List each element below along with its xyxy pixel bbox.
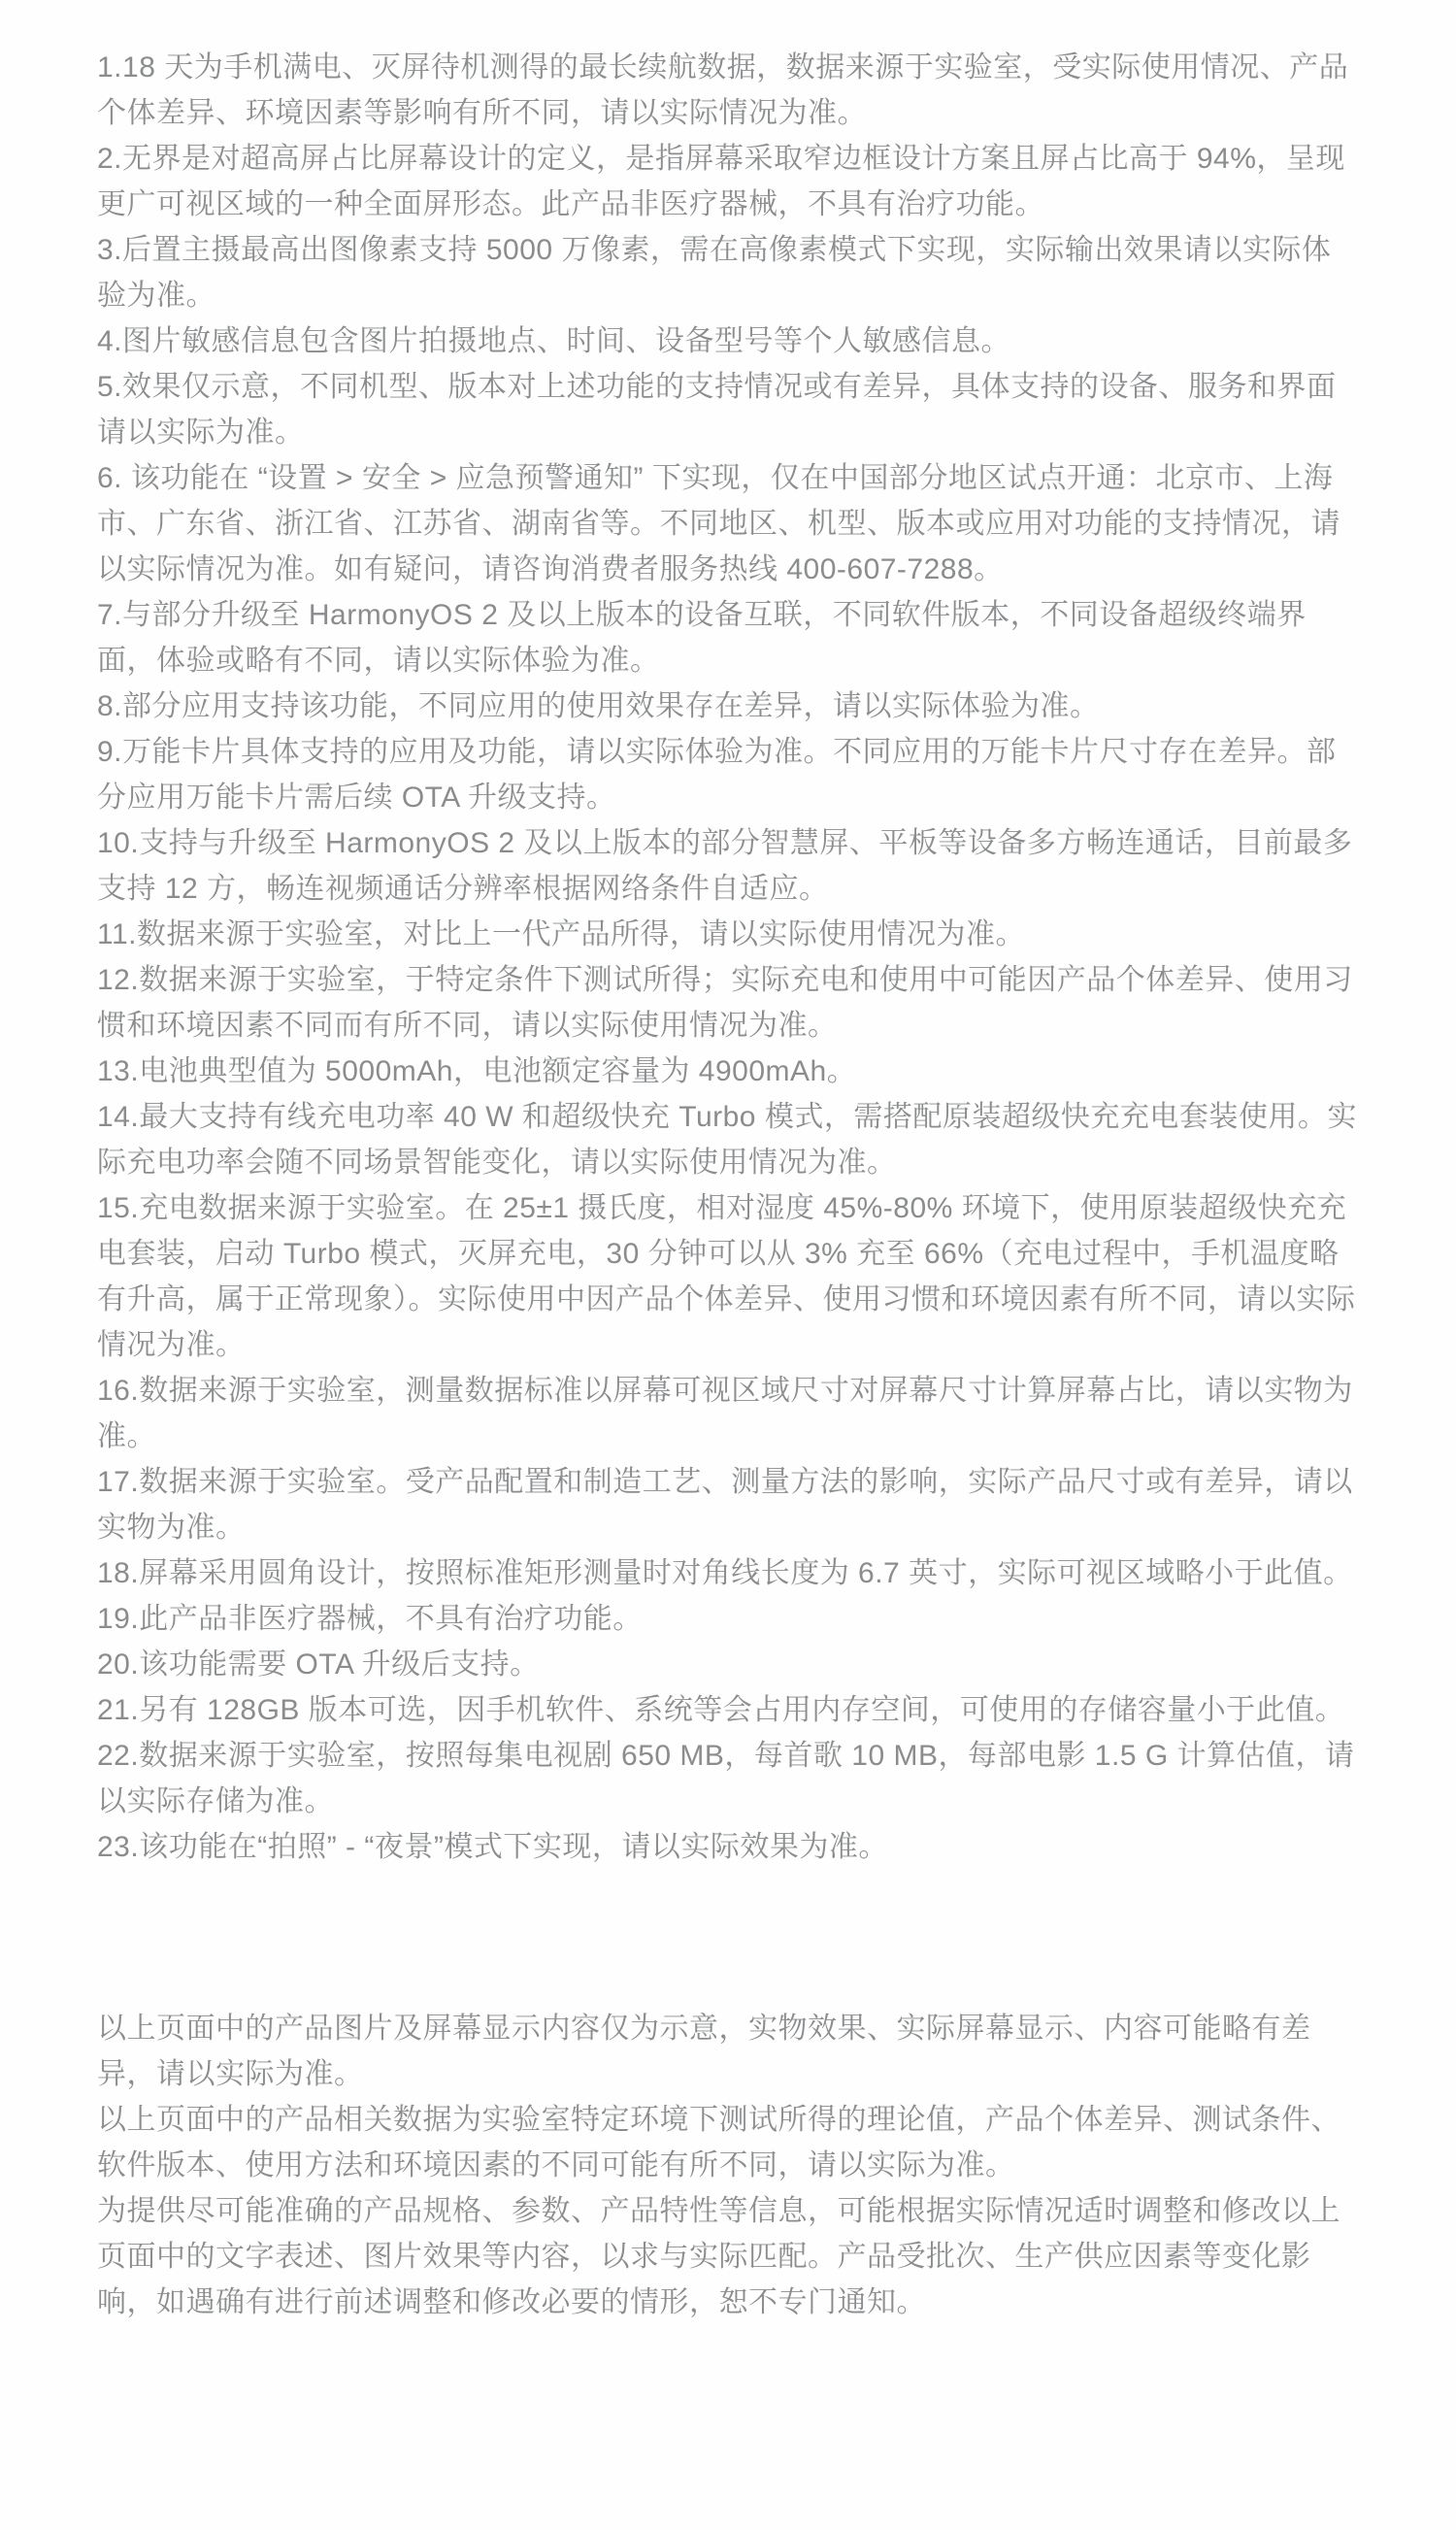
footnote-item: 21.另有 128GB 版本可选，因手机软件、系统等会占用内存空间，可使用的存储… [97, 1687, 1359, 1733]
footnote-item: 23.该功能在“拍照” - “夜景”模式下实现，请以实际效果为准。 [97, 1824, 1359, 1870]
footnote-item: 11.数据来源于实验室，对比上一代产品所得，请以实际使用情况为准。 [97, 912, 1359, 957]
disclaimer-paragraph: 以上页面中的产品图片及屏幕显示内容仅为示意，实物效果、实际屏幕显示、内容可能略有… [97, 2006, 1359, 2097]
footnote-item: 14.最大支持有线充电功率 40 W 和超级快充 Turbo 模式，需搭配原装超… [97, 1094, 1359, 1185]
footnote-item: 1.18 天为手机满电、灭屏待机测得的最长续航数据，数据来源于实验室，受实际使用… [97, 45, 1359, 136]
footnote-item: 3.后置主摄最高出图像素支持 5000 万像素，需在高像素模式下实现，实际输出效… [97, 227, 1359, 318]
footnote-item: 19.此产品非医疗器械，不具有治疗功能。 [97, 1596, 1359, 1642]
disclaimer-paragraph: 为提供尽可能准确的产品规格、参数、产品特性等信息，可能根据实际情况适时调整和修改… [97, 2188, 1359, 2325]
footnote-item: 10.支持与升级至 HarmonyOS 2 及以上版本的部分智慧屏、平板等设备多… [97, 820, 1359, 912]
footnote-item: 8.部分应用支持该功能，不同应用的使用效果存在差异，请以实际体验为准。 [97, 683, 1359, 729]
product-disclaimer-page: 1.18 天为手机满电、灭屏待机测得的最长续航数据，数据来源于实验室，受实际使用… [0, 0, 1456, 2530]
footnote-item: 6. 该功能在 “设置 > 安全 > 应急预警通知” 下实现，仅在中国部分地区试… [97, 455, 1359, 592]
general-disclaimers-section: 以上页面中的产品图片及屏幕显示内容仅为示意，实物效果、实际屏幕显示、内容可能略有… [97, 2006, 1359, 2325]
footnote-item: 13.电池典型值为 5000mAh，电池额定容量为 4900mAh。 [97, 1049, 1359, 1094]
footnote-item: 5.效果仅示意，不同机型、版本对上述功能的支持情况或有差异，具体支持的设备、服务… [97, 364, 1359, 455]
disclaimer-paragraph: 以上页面中的产品相关数据为实验室特定环境下测试所得的理论值，产品个体差异、测试条… [97, 2097, 1359, 2188]
footnote-item: 9.万能卡片具体支持的应用及功能，请以实际体验为准。不同应用的万能卡片尺寸存在差… [97, 729, 1359, 820]
footnote-item: 15.充电数据来源于实验室。在 25±1 摄氏度，相对湿度 45%-80% 环境… [97, 1185, 1359, 1368]
footnote-item: 22.数据来源于实验室，按照每集电视剧 650 MB，每首歌 10 MB，每部电… [97, 1733, 1359, 1824]
footnote-item: 12.数据来源于实验室，于特定条件下测试所得；实际充电和使用中可能因产品个体差异… [97, 957, 1359, 1049]
footnote-item: 2.无界是对超高屏占比屏幕设计的定义，是指屏幕采取窄边框设计方案且屏占比高于 9… [97, 136, 1359, 227]
footnote-item: 18.屏幕采用圆角设计，按照标准矩形测量时对角线长度为 6.7 英寸，实际可视区… [97, 1550, 1359, 1596]
footnote-item: 17.数据来源于实验室。受产品配置和制造工艺、测量方法的影响，实际产品尺寸或有差… [97, 1459, 1359, 1550]
footnote-item: 20.该功能需要 OTA 升级后支持。 [97, 1642, 1359, 1687]
footnote-item: 16.数据来源于实验室，测量数据标准以屏幕可视区域尺寸对屏幕尺寸计算屏幕占比，请… [97, 1368, 1359, 1459]
footnotes-section: 1.18 天为手机满电、灭屏待机测得的最长续航数据，数据来源于实验室，受实际使用… [97, 45, 1359, 1870]
footnote-item: 7.与部分升级至 HarmonyOS 2 及以上版本的设备互联，不同软件版本，不… [97, 592, 1359, 683]
footnote-item: 4.图片敏感信息包含图片拍摄地点、时间、设备型号等个人敏感信息。 [97, 318, 1359, 364]
